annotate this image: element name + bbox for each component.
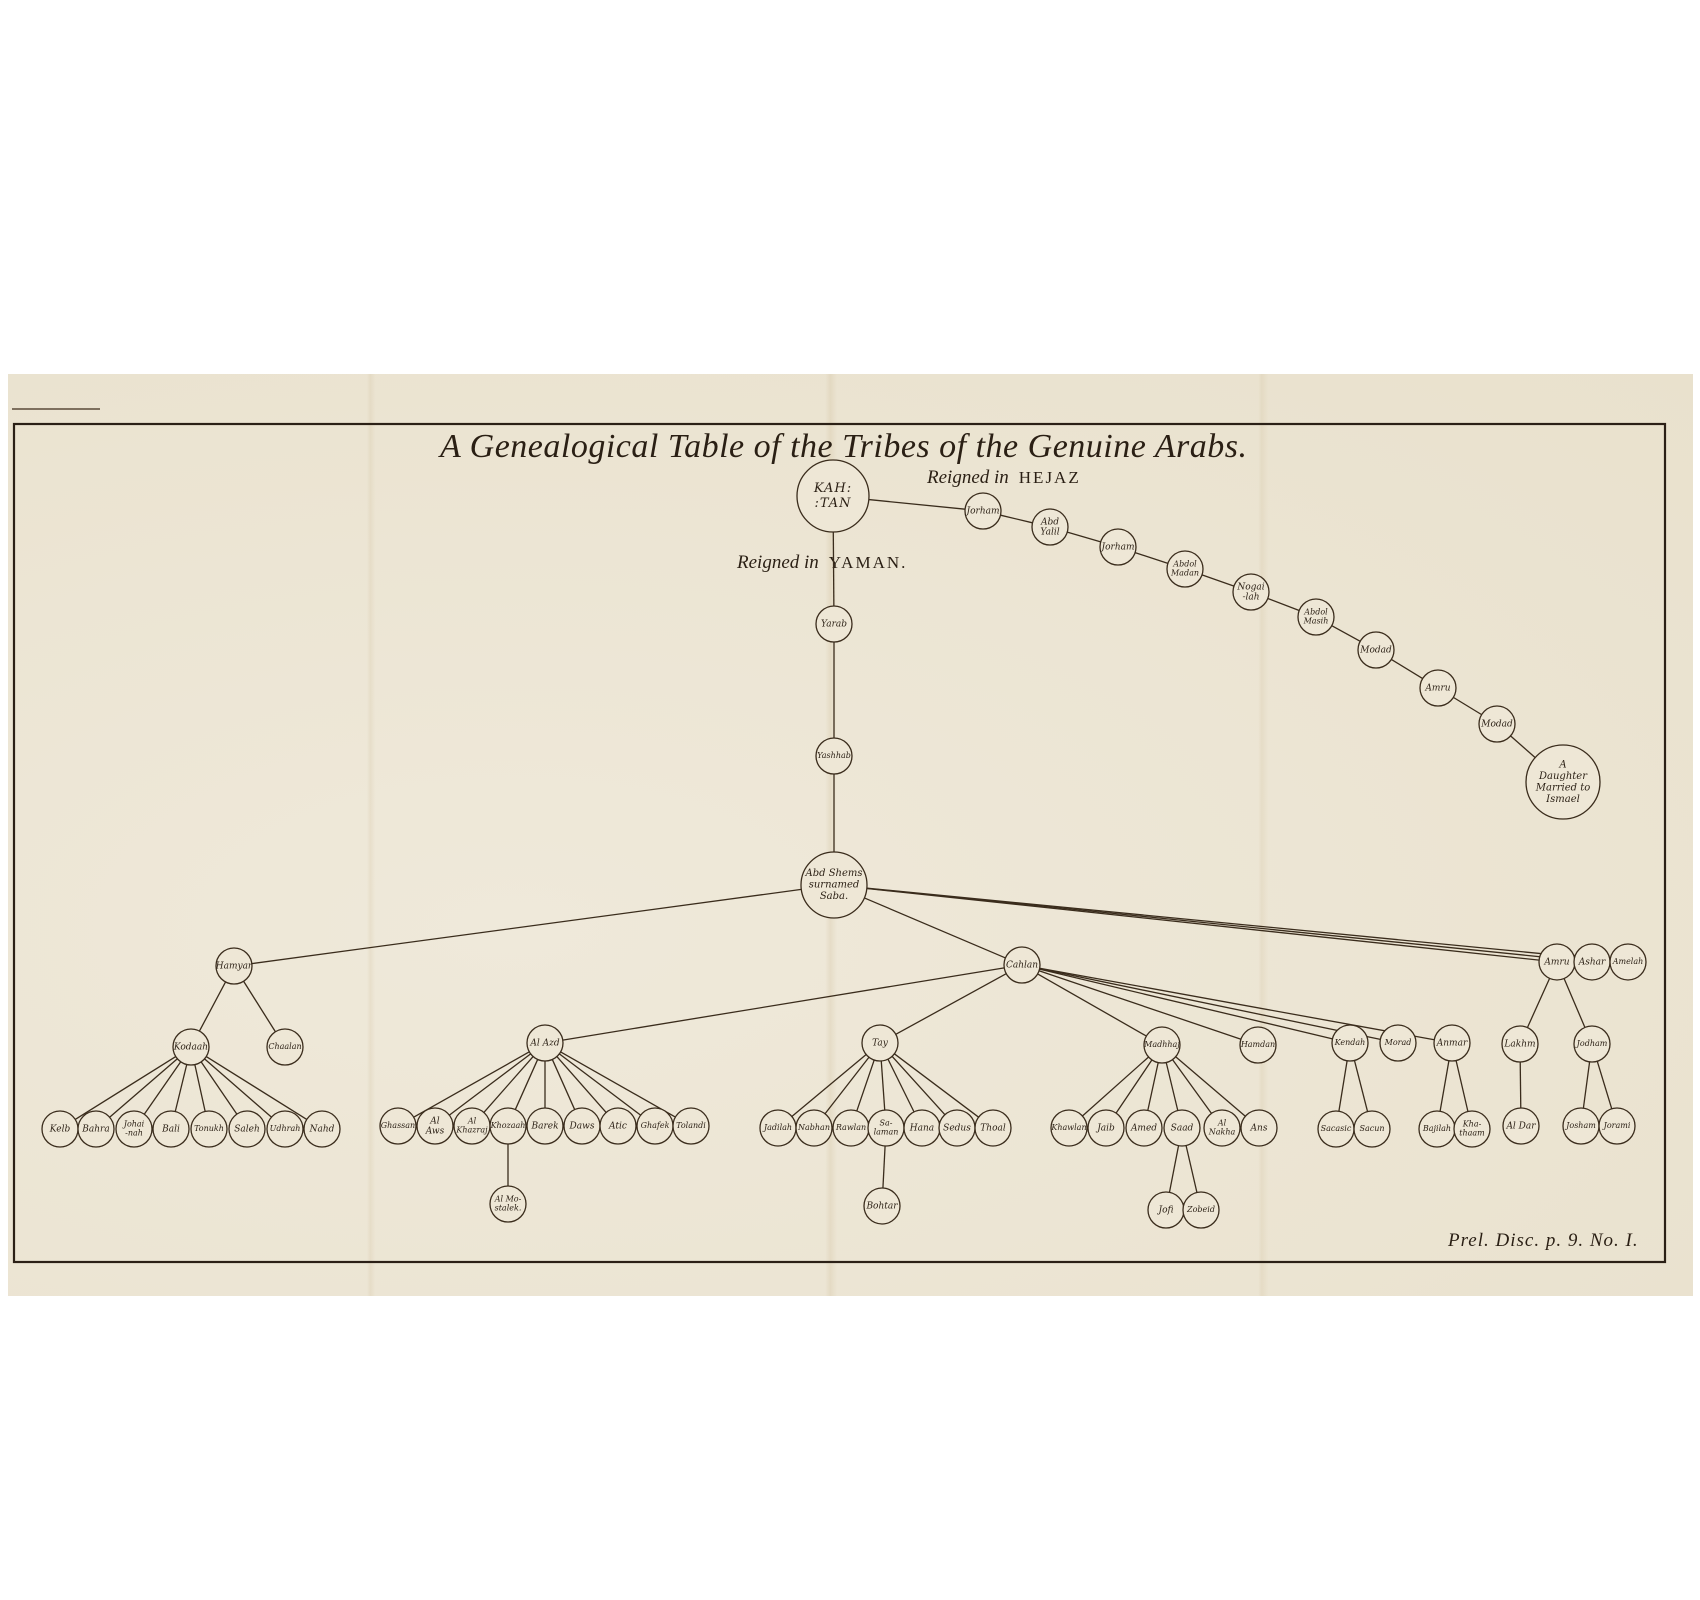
tribe-node-daughter: ADaughterMarried toIsmael: [1526, 745, 1600, 819]
node-label: Tonukh: [194, 1124, 224, 1133]
lineage-line-abd-yalil-jorham2: [1067, 532, 1100, 542]
lineage-line-cahlan-kendah: [1040, 969, 1333, 1039]
tribe-node-abdol-masih: AbdolMasih: [1298, 599, 1334, 635]
tribe-node-zobeid: Zobeid: [1183, 1192, 1219, 1228]
node-label: Abd: [1040, 517, 1059, 527]
lineage-line-nogailah-abdol-masih: [1268, 598, 1299, 610]
lineage-line-abdol-masih-modad: [1332, 626, 1360, 642]
tribe-node-kahtan: KAH::TAN: [797, 460, 869, 532]
lineage-line-tay-salaman: [881, 1061, 884, 1110]
node-label: Modad: [1359, 646, 1392, 656]
tribe-node-hana: Hana: [904, 1110, 940, 1146]
lineage-line-madhhaj-saad: [1166, 1062, 1178, 1110]
tribe-node-bohtar: Bohtar: [864, 1188, 900, 1224]
annotation-yaman-prefix: Reigned in: [736, 552, 819, 573]
tribe-node-udhrah: Udhrah: [267, 1111, 303, 1147]
node-label: Al Mo-: [494, 1194, 522, 1203]
tribe-node-rawlan: Rawlan: [833, 1110, 869, 1146]
lineage-line-kodaah-tonukh: [195, 1065, 205, 1112]
tribe-node-bahra: Bahra: [78, 1111, 114, 1147]
node-label: Jorham: [1099, 543, 1134, 553]
node-label: Hamdan: [1240, 1040, 1275, 1049]
lineage-line-amru-jodham: [1564, 979, 1585, 1028]
node-label: Jofi: [1156, 1206, 1173, 1216]
lineage-line-kahtan-yarab: [833, 532, 834, 606]
tribe-node-hamyar: Hamyar: [215, 948, 253, 984]
tribe-node-lakhm: Lakhm: [1502, 1026, 1538, 1062]
node-label: Kelb: [49, 1125, 71, 1135]
tribe-node-anmar: Anmar: [1434, 1025, 1470, 1061]
node-label: Zobeid: [1186, 1205, 1215, 1214]
lineage-line-kodaah-johainah: [144, 1062, 180, 1114]
lineage-line-amru-h-modad2: [1453, 697, 1481, 714]
lineage-line-al-azd-daws: [552, 1059, 574, 1109]
node-label: Jorham: [964, 507, 999, 517]
node-label: KAH:: [813, 481, 852, 496]
tribe-node-cahlan: Cahlan: [1004, 947, 1040, 983]
node-label: Chaalan: [268, 1042, 301, 1051]
lineage-lines: [75, 500, 1611, 1193]
node-label: Saad: [1171, 1124, 1194, 1134]
node-label: Modad: [1480, 720, 1513, 730]
lineage-line-cahlan-anmar: [1040, 968, 1435, 1040]
annotation-yaman-region: YAMAN.: [829, 553, 908, 572]
tribe-node-saba: Abd ShemssurnamedSaba.: [801, 852, 867, 918]
tribe-node-modad: Modad: [1358, 632, 1394, 668]
lineage-line-tay-thoal: [894, 1054, 978, 1117]
node-label: Daughter: [1538, 771, 1588, 782]
lineage-line-kodaah-bali: [175, 1064, 186, 1111]
node-label: Yarab: [821, 620, 847, 630]
node-label: Tay: [872, 1039, 889, 1049]
node-label: Al: [1217, 1118, 1227, 1127]
annotation-hejaz: Reigned in HEJAZ: [926, 467, 1081, 488]
node-label: Kodaah: [173, 1043, 208, 1053]
tribe-node-nabhan: Nabhan: [796, 1110, 832, 1146]
node-label: Morad: [1384, 1038, 1412, 1047]
node-label: Tolandi: [676, 1121, 706, 1130]
node-label: Cahlan: [1006, 961, 1038, 971]
tribe-node-saleh: Saleh: [229, 1111, 265, 1147]
node-label: Thoal: [980, 1124, 1006, 1134]
node-label: :TAN: [814, 496, 851, 511]
node-label: Hana: [909, 1124, 934, 1134]
node-label: Bohtar: [865, 1202, 898, 1212]
node-label: Jaib: [1095, 1124, 1115, 1134]
tribe-node-jorami: Jorami: [1599, 1108, 1635, 1144]
lineage-line-saad-jofi: [1169, 1146, 1178, 1193]
tribe-node-sacun: Sacun: [1354, 1111, 1390, 1147]
node-label: Ghassan: [381, 1121, 415, 1130]
tribe-node-abdol-madan: AbdolMadan: [1167, 551, 1203, 587]
tribe-node-jasham: Josham: [1563, 1108, 1599, 1144]
tribe-node-modad2: Modad: [1479, 706, 1515, 742]
tribe-node-jofi: Jofi: [1148, 1192, 1184, 1228]
lineage-line-madhhaj-amed: [1148, 1063, 1158, 1111]
lineage-line-madhhaj-khawlan: [1082, 1057, 1148, 1116]
lineage-line-kodaah-bahra: [110, 1059, 178, 1117]
node-label: Daws: [569, 1122, 595, 1132]
tribe-node-bali: Bali: [153, 1111, 189, 1147]
node-label: Rawlan: [835, 1123, 866, 1132]
annotation-yaman: Reigned in YAMAN.: [736, 552, 907, 573]
node-label: Al: [467, 1116, 477, 1125]
tribe-node-ashar: Ashar: [1574, 944, 1610, 980]
node-label: Anmar: [1436, 1039, 1468, 1049]
node-label: Udhrah: [270, 1124, 301, 1133]
tribe-node-al-azd: Al Azd: [527, 1025, 563, 1061]
tribe-node-jorham: Jorham: [964, 493, 1001, 529]
lineage-line-lakhm-al-dar: [1520, 1062, 1521, 1108]
node-label: -lah: [1242, 593, 1259, 603]
lineage-line-al-azd-atic: [557, 1057, 606, 1113]
tribe-nodes: KAH::TANJorhamAbdYalilJorhamAbdolMadanNo…: [42, 460, 1646, 1228]
lineage-line-jodham-jasham: [1583, 1062, 1589, 1108]
lineage-line-kodaah-kelb: [75, 1057, 175, 1120]
node-label: Nogai: [1236, 582, 1264, 592]
lineage-line-kodaah-udhrah: [205, 1059, 272, 1117]
node-label: stalek.: [495, 1204, 522, 1213]
tribe-node-amru: Amru: [1539, 944, 1575, 980]
lineage-line-cahlan-al-azd: [563, 968, 1004, 1040]
node-label: Amed: [1130, 1124, 1157, 1134]
tribe-node-al-dar: Al Dar: [1503, 1108, 1539, 1144]
tribe-node-sedus: Sedus: [939, 1110, 975, 1146]
tribe-node-kelb: Kelb: [42, 1111, 78, 1147]
node-label: Sa-: [880, 1118, 893, 1127]
lineage-line-madhhaj-ans: [1176, 1057, 1246, 1117]
lineage-line-cahlan-madhhaj: [1038, 974, 1147, 1036]
node-label: A: [1558, 759, 1566, 770]
tribe-node-yashhab: Yashhab: [816, 738, 852, 774]
tribe-node-morad: Morad: [1380, 1025, 1416, 1061]
tribe-node-sacasic: Sacasic: [1318, 1111, 1354, 1147]
tribe-node-amed: Amed: [1126, 1110, 1162, 1146]
lineage-line-kodaah-nahd: [206, 1057, 306, 1120]
lineage-line-cahlan-hamdan: [1039, 971, 1241, 1039]
node-label: Johai: [122, 1119, 145, 1128]
tribe-node-jodham: Jodham: [1574, 1026, 1610, 1062]
node-label: surnamed: [809, 880, 860, 891]
tribe-node-madhhaj: Madhhaj: [1143, 1027, 1180, 1063]
node-label: laman: [874, 1128, 899, 1137]
lineage-line-al-azd-al-khazraj: [484, 1057, 533, 1113]
node-label: Khozaah: [490, 1121, 526, 1130]
node-label: Khazraj: [455, 1126, 488, 1135]
tribe-node-kendah: Kendah: [1332, 1025, 1368, 1061]
lineage-line-hamyar-kodaah: [199, 982, 225, 1031]
tribe-node-nogailah: Nogai-lah: [1233, 574, 1269, 610]
node-label: Saleh: [234, 1125, 260, 1135]
tribe-node-tonukh: Tonukh: [191, 1111, 227, 1147]
node-label: Barek: [530, 1122, 558, 1132]
lineage-line-amru-lakhm: [1527, 978, 1549, 1027]
lineage-line-anmar-bajilah: [1440, 1061, 1449, 1112]
tribe-node-tay: Tay: [862, 1025, 898, 1061]
node-label: Nabhan: [797, 1123, 830, 1132]
node-label: Kha-: [1462, 1119, 1482, 1128]
genealogy-diagram: A Genealogical Table of the Tribes of th…: [0, 0, 1700, 1600]
lineage-line-madhhaj-jaib: [1116, 1060, 1152, 1113]
lineage-line-kodaah-saleh: [201, 1062, 237, 1114]
tribe-node-yarab: Yarab: [816, 606, 852, 642]
lineage-line-al-azd-tolandi: [561, 1052, 676, 1117]
lineage-line-saba-amelah: [867, 888, 1610, 960]
node-label: Aws: [425, 1127, 445, 1137]
lineage-line-hamyar-chaalan: [244, 981, 276, 1032]
lineage-line-jorham2-abdol-madan: [1135, 553, 1168, 564]
tribe-node-al-mostalek: Al Mo-stalek.: [490, 1186, 526, 1222]
node-label: Abdol: [1303, 607, 1328, 616]
node-label: Hamyar: [215, 962, 253, 972]
tribe-node-ans: Ans: [1241, 1110, 1277, 1146]
tribe-node-salaman: Sa-laman: [868, 1110, 904, 1146]
annotation-hejaz-prefix: Reigned in: [926, 467, 1009, 488]
tribe-node-kodaah: Kodaah: [173, 1029, 209, 1065]
tribe-node-amelah: Amelah: [1610, 944, 1646, 980]
node-label: Bajilah: [1422, 1124, 1451, 1133]
node-label: Bahra: [81, 1125, 109, 1135]
node-label: Amelah: [1612, 957, 1644, 966]
tribe-node-al-nakha: AlNakha: [1204, 1110, 1240, 1146]
node-label: -nah: [125, 1129, 143, 1138]
tribe-node-nahd: Nahd: [304, 1111, 340, 1147]
lineage-line-abdol-madan-nogailah: [1202, 575, 1234, 586]
node-label: Married to: [1535, 782, 1591, 793]
tribe-node-jorham2: Jorham: [1099, 529, 1136, 565]
node-label: Kendah: [1334, 1038, 1366, 1047]
lineage-line-madhhaj-al-nakha: [1173, 1060, 1212, 1114]
tribe-node-ghafek: Ghafek: [637, 1108, 673, 1144]
lineage-line-saad-zobeid: [1186, 1146, 1197, 1193]
tribe-node-jaib: Jaib: [1088, 1110, 1124, 1146]
tribe-node-tolandi: Tolandi: [673, 1108, 709, 1144]
node-label: Josham: [1564, 1121, 1596, 1130]
node-label: Nakha: [1208, 1128, 1236, 1137]
tribe-node-hamdan: Hamdan: [1240, 1027, 1276, 1063]
tribe-node-thoal: Thoal: [975, 1110, 1011, 1146]
node-label: Amru: [1543, 958, 1569, 968]
lineage-line-modad2-daughter: [1511, 736, 1536, 758]
node-label: thaam: [1459, 1129, 1485, 1138]
lineage-line-tay-nabhan: [825, 1057, 869, 1114]
lineage-line-kendah-sacasic: [1339, 1061, 1347, 1111]
node-label: Jodham: [1575, 1039, 1608, 1048]
node-label: Sacun: [1359, 1124, 1384, 1133]
node-label: Al Azd: [529, 1039, 559, 1049]
tribe-node-johainah: Johai-nah: [116, 1111, 152, 1147]
node-label: Jadilah: [762, 1123, 792, 1132]
node-label: Ghafek: [641, 1121, 670, 1130]
node-label: Sedus: [943, 1124, 971, 1134]
plate-reference: Prel. Disc. p. 9. No. I.: [1447, 1230, 1639, 1251]
tribe-node-barek: Barek: [527, 1108, 563, 1144]
tribe-node-chaalan: Chaalan: [267, 1029, 303, 1065]
node-label: Ashar: [1578, 958, 1606, 968]
node-label: Al: [429, 1116, 439, 1126]
lineage-line-jodham-jorami: [1597, 1061, 1612, 1109]
node-label: Ismael: [1545, 794, 1580, 805]
node-label: Khawlan: [1050, 1123, 1086, 1132]
lineage-line-anmar-khathaam: [1456, 1061, 1468, 1112]
node-label: Masih: [1303, 617, 1329, 626]
lineage-line-kendah-sacun: [1354, 1060, 1367, 1111]
tribe-node-bajilah: Bajilah: [1419, 1111, 1455, 1147]
tribe-node-al-aws: AlAws: [417, 1108, 453, 1144]
node-label: Ans: [1250, 1124, 1268, 1134]
lineage-line-modad-amru-h: [1391, 659, 1422, 678]
node-label: Abd Shems: [804, 868, 862, 879]
tribe-node-amru-h: Amru: [1420, 670, 1456, 706]
tribe-node-saad: Saad: [1164, 1110, 1200, 1146]
tribe-node-daws: Daws: [564, 1108, 600, 1144]
node-label: Sacasic: [1321, 1124, 1352, 1133]
lineage-line-kahtan-jorham: [869, 500, 965, 510]
lineage-line-tay-jadilah: [792, 1055, 866, 1117]
node-label: Atic: [608, 1122, 627, 1132]
node-label: Amru: [1424, 684, 1450, 694]
tribe-node-abd-yalil: AbdYalil: [1032, 509, 1068, 545]
lineage-line-al-azd-ghassan: [414, 1052, 530, 1117]
lineage-line-saba-cahlan: [864, 898, 1005, 958]
tribe-node-khawlan: Khawlan: [1050, 1110, 1087, 1146]
tribe-node-khathaam: Kha-thaam: [1454, 1111, 1490, 1147]
node-label: Yalil: [1040, 528, 1059, 538]
tribe-node-atic: Atic: [600, 1108, 636, 1144]
node-label: Bali: [161, 1125, 180, 1135]
lineage-line-al-azd-khozaah: [515, 1059, 537, 1109]
lineage-line-salaman-bohtar: [883, 1146, 885, 1188]
node-label: Lakhm: [1503, 1040, 1535, 1050]
node-label: Saba.: [820, 891, 848, 902]
node-label: Yashhab: [817, 751, 851, 760]
plate-title: A Genealogical Table of the Tribes of th…: [438, 428, 1247, 465]
tribe-node-al-khazraj: AlKhazraj: [454, 1108, 490, 1144]
node-label: Madan: [1170, 569, 1199, 578]
lineage-line-jorham-abd-yalil: [1001, 515, 1033, 523]
lineage-line-saba-amru: [867, 888, 1539, 960]
tribe-node-jadilah: Jadilah: [760, 1110, 796, 1146]
annotation-hejaz-region: HEJAZ: [1019, 468, 1081, 487]
lineage-line-saba-hamyar: [252, 889, 801, 963]
lineage-line-tay-rawlan: [857, 1060, 874, 1111]
node-label: Nahd: [309, 1125, 335, 1135]
tribe-node-khozaah: Khozaah: [490, 1108, 526, 1144]
tribe-node-ghassan: Ghassan: [380, 1108, 416, 1144]
node-label: Abdol: [1172, 559, 1197, 568]
node-label: Al Dar: [1505, 1122, 1536, 1132]
node-label: Madhhaj: [1143, 1040, 1180, 1049]
node-label: Jorami: [1602, 1121, 1631, 1130]
